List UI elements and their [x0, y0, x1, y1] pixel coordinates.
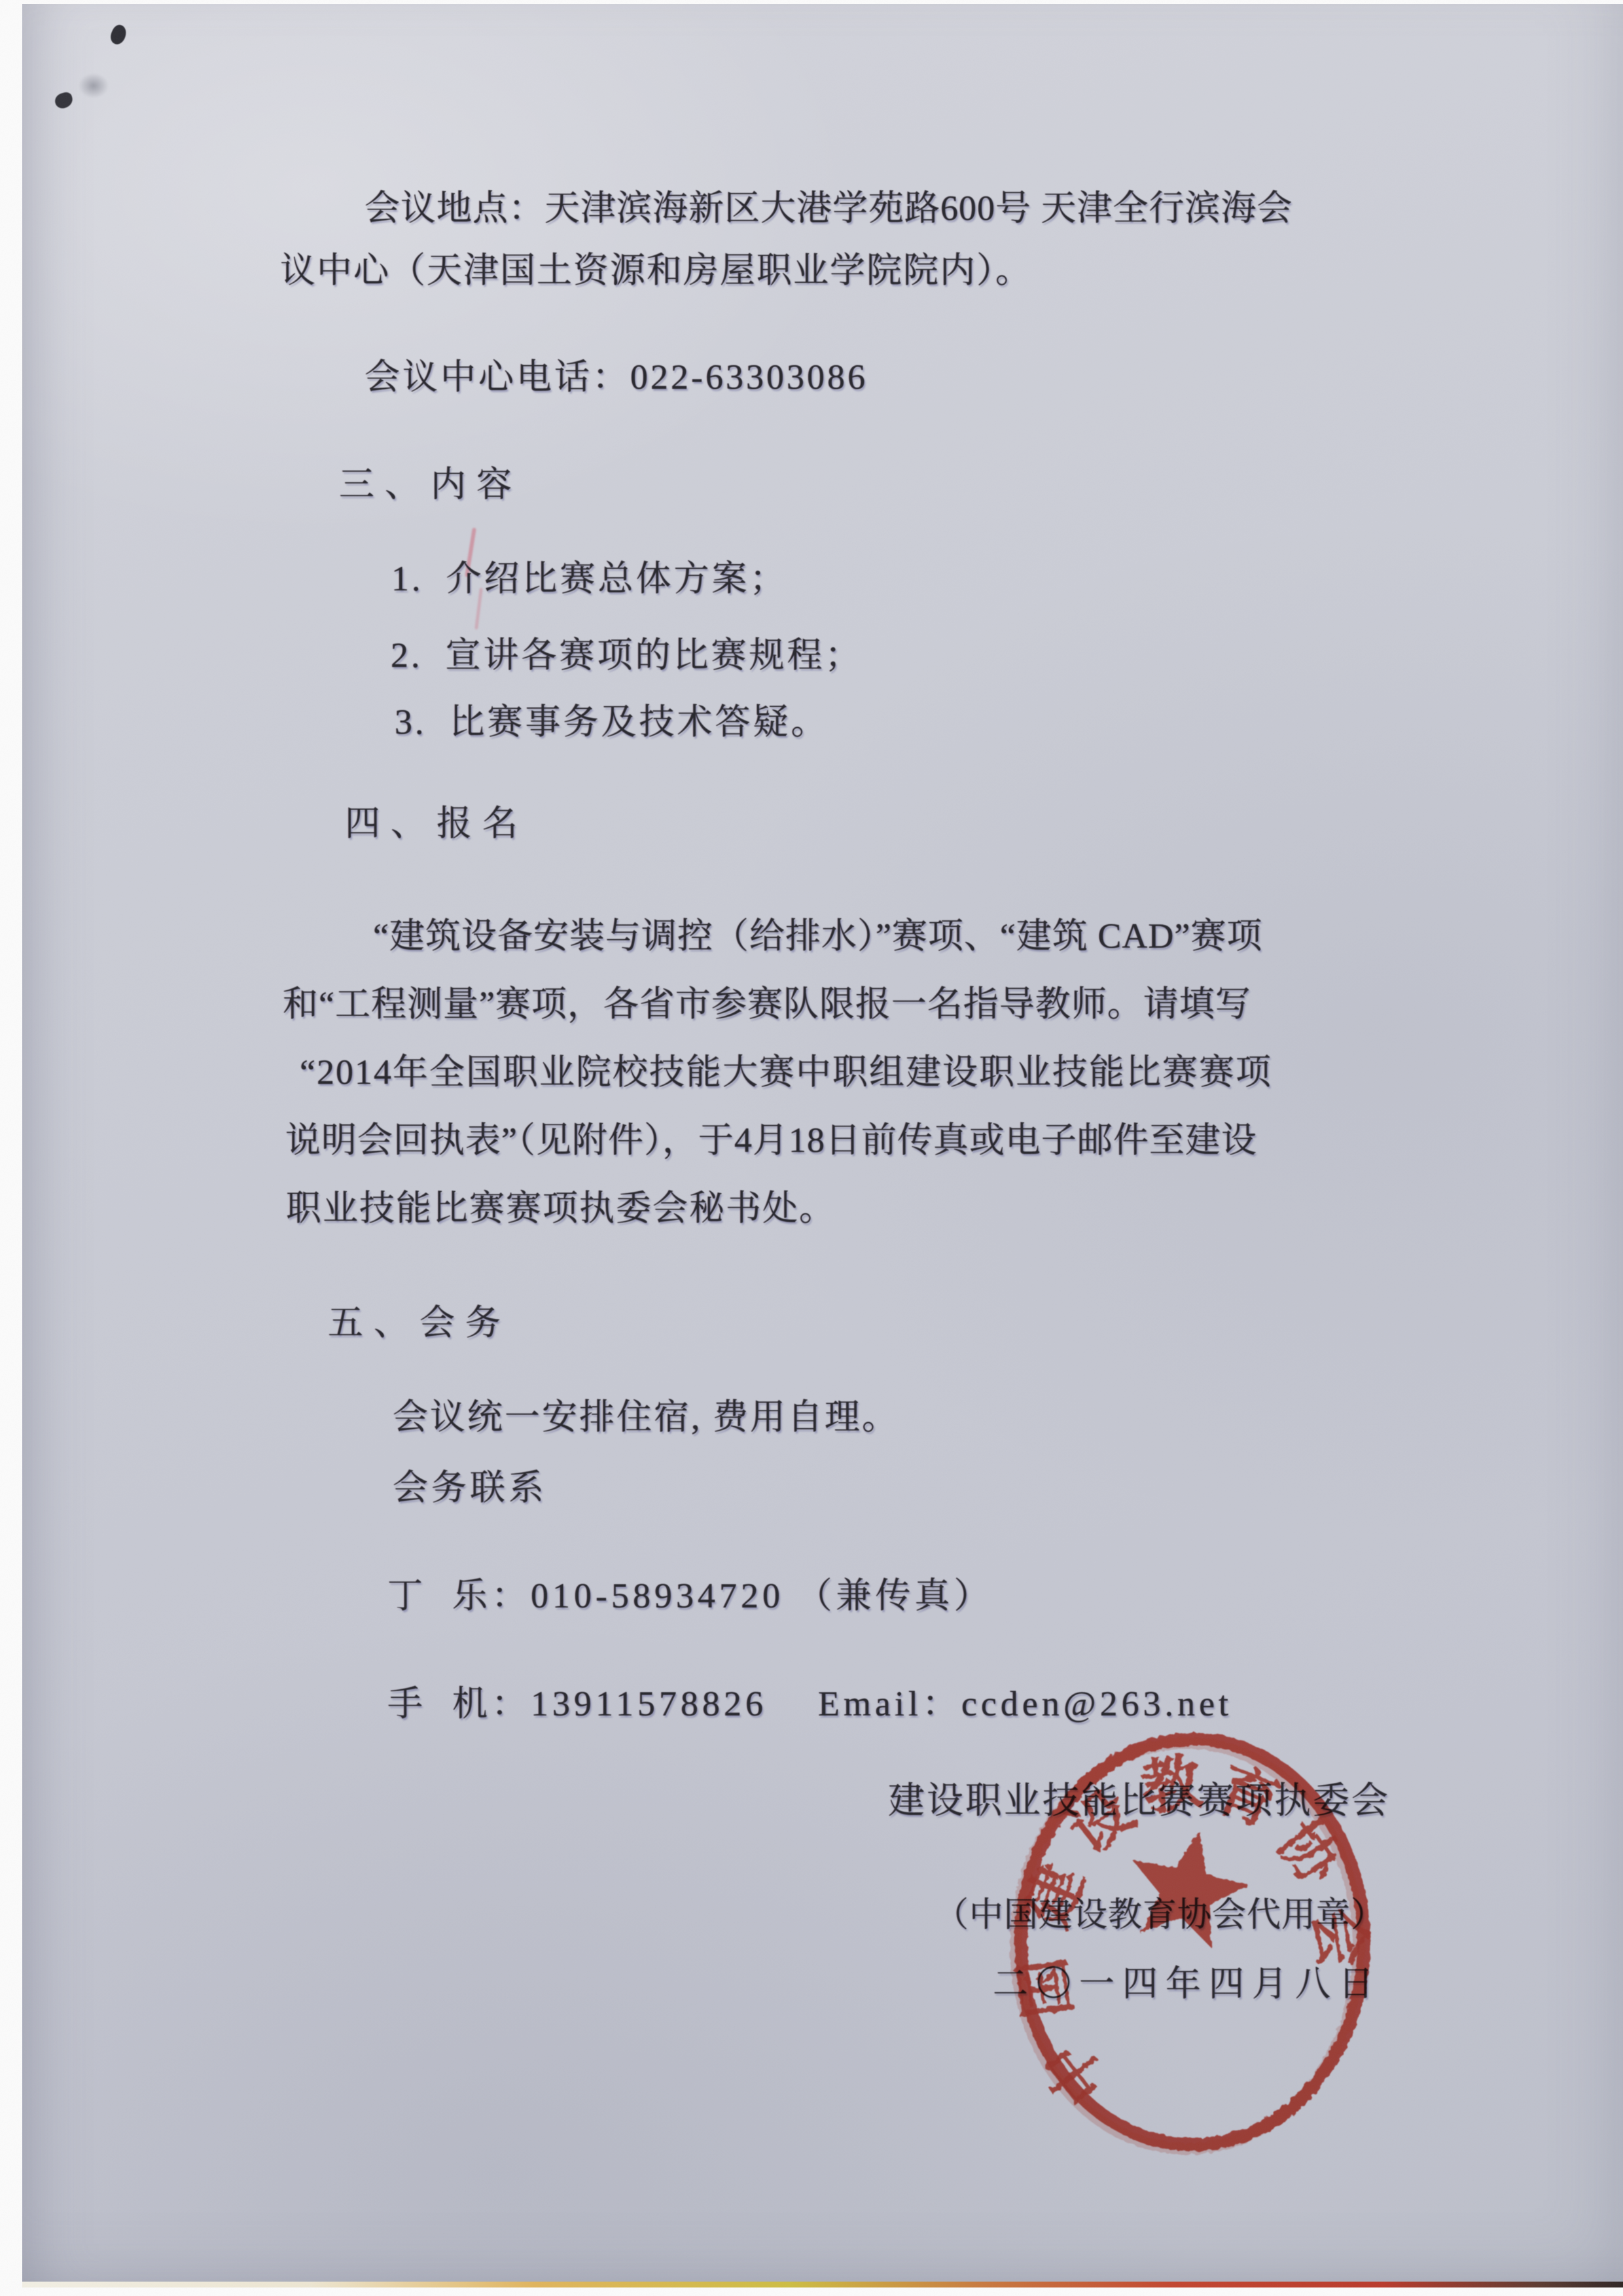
registration-line-3: “2014年全国职业院校技能大赛中职组建设职业技能比赛赛项 — [300, 1054, 1272, 1090]
section-4-heading: 四、报名 — [345, 806, 528, 841]
registration-line-1: “建筑设备安装与调控（给排水）”赛项、“建筑 CAD”赛项 — [373, 918, 1262, 954]
contact-mobile-email: 手 机：13911578826 Email：ccden@263.net — [387, 1686, 1232, 1721]
section-5-heading: 五、会务 — [328, 1305, 511, 1340]
contact-phone: 丁 乐：010-58934720 （兼传真） — [387, 1578, 993, 1613]
content-item-1: 1. 介绍比赛总体方案； — [391, 561, 788, 596]
signature-seal-note: （中国建设教育协会代用章） — [935, 1899, 1385, 1933]
venue-line-1: 会议地点：天津滨海新区大港学苑路600号 天津全行滨海会 — [365, 190, 1293, 226]
registration-line-5: 职业技能比赛赛项执委会秘书处。 — [286, 1191, 836, 1226]
registration-line-2: 和“工程测量”赛项，各省市参赛队限报一名指导教师。请填写 — [283, 986, 1251, 1022]
logistics-line-1: 会议统一安排住宿, 费用自理。 — [393, 1399, 899, 1435]
scanned-notice-page: { "document": { "lines": [ {"id":"venue-… — [0, 0, 1623, 2296]
document-text-layer: 会议地点：天津滨海新区大港学苑路600号 天津全行滨海会 议中心（天津国土资源和… — [0, 0, 1623, 2296]
logistics-line-2: 会务联系 — [393, 1470, 547, 1505]
signature-org: 建设职业技能比赛赛项执委会 — [888, 1783, 1390, 1820]
content-item-2: 2. 宣讲各赛项的比赛规程； — [391, 637, 863, 673]
venue-line-2: 议中心（天津国土资源和房屋职业学院院内）。 — [280, 253, 1032, 288]
signature-date: 二〇一四年四月八日 — [993, 1966, 1382, 2001]
content-item-3: 3. 比赛事务及技术答疑。 — [395, 704, 829, 740]
registration-line-4: 说明会回执表”（见附件），于4月18日前传真或电子邮件至建设 — [285, 1122, 1257, 1158]
section-3-heading: 三、内容 — [339, 467, 522, 502]
venue-phone: 会议中心电话：022-63303086 — [365, 359, 868, 395]
